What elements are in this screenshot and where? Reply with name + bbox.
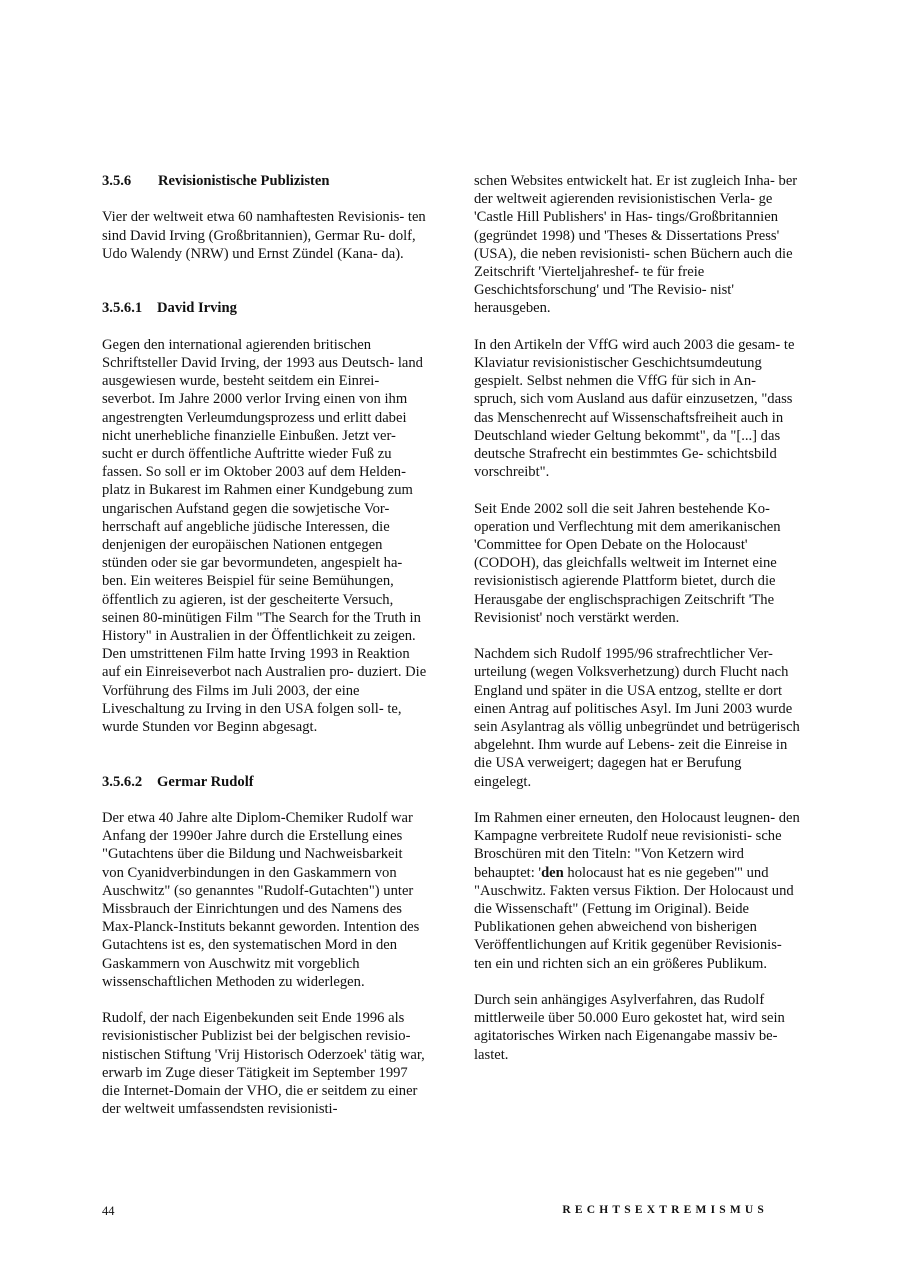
rudolf-paragraph-2: Rudolf, der nach Eigenbekunden seit Ende… xyxy=(102,1009,428,1118)
right-paragraph-3: Seit Ende 2002 soll die seit Jahren best… xyxy=(474,500,800,627)
right-paragraph-4: Nachdem sich Rudolf 1995/96 strafrechtli… xyxy=(474,645,800,791)
section-heading: 3.5.6Revisionistische Publizisten xyxy=(102,172,428,190)
subsection-title: David Irving xyxy=(157,300,237,316)
subsection-heading-rudolf: 3.5.6.2Germar Rudolf xyxy=(102,773,428,791)
page-number: 44 xyxy=(102,1204,115,1219)
bold-emphasis: den xyxy=(541,865,564,881)
intro-paragraph: Vier der weltweit etwa 60 namhaftesten R… xyxy=(102,208,428,263)
right-paragraph-1: schen Websites entwickelt hat. Er ist zu… xyxy=(474,172,800,318)
subsection-number: 3.5.6.1 xyxy=(102,299,157,317)
right-column: schen Websites entwickelt hat. Er ist zu… xyxy=(474,172,800,1064)
subsection-number: 3.5.6.2 xyxy=(102,773,157,791)
subsection-title: Germar Rudolf xyxy=(157,774,254,790)
rudolf-paragraph-1: Der etwa 40 Jahre alte Diplom-Chemiker R… xyxy=(102,809,428,991)
right-paragraph-2: In den Artikeln der VffG wird auch 2003 … xyxy=(474,336,800,482)
left-column: 3.5.6Revisionistische Publizisten Vier d… xyxy=(102,172,428,1118)
right-paragraph-6: Durch sein anhängiges Asylverfahren, das… xyxy=(474,991,800,1064)
section-number: 3.5.6 xyxy=(102,172,158,190)
subsection-heading-irving: 3.5.6.1David Irving xyxy=(102,299,428,317)
right-paragraph-5: Im Rahmen einer erneuten, den Holocaust … xyxy=(474,809,800,973)
irving-paragraph: Gegen den international agierenden briti… xyxy=(102,336,428,736)
section-title: Revisionistische Publizisten xyxy=(158,173,329,189)
running-title: RECHTSEXTREMISMUS xyxy=(562,1204,768,1216)
